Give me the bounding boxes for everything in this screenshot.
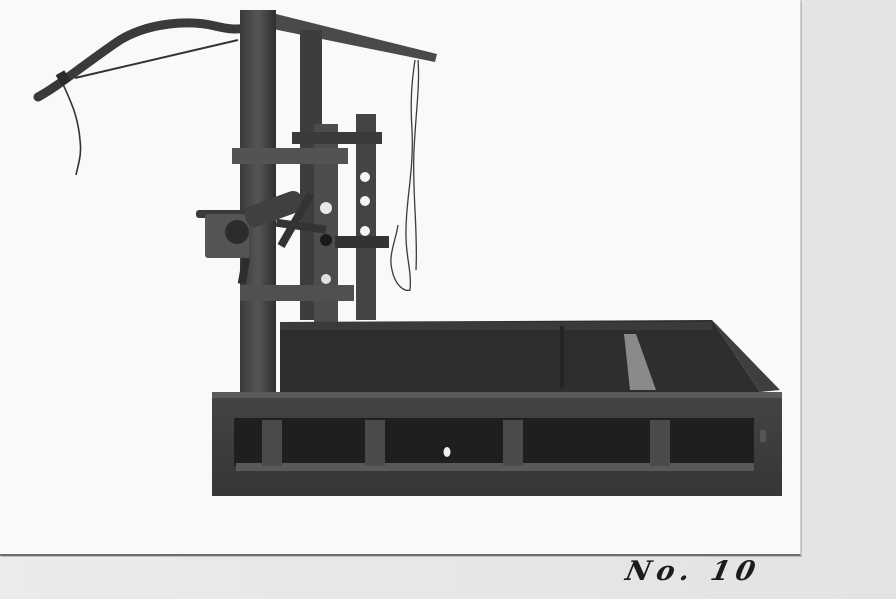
- branch-lever: [38, 23, 245, 175]
- photo-print: [0, 0, 801, 556]
- peg-upright-with-holes: [356, 114, 376, 320]
- loom-model-photo: [0, 0, 800, 554]
- hanging-strings: [391, 60, 419, 290]
- loom-box-base: [212, 320, 782, 496]
- plate-number-label: No. 10: [623, 556, 764, 587]
